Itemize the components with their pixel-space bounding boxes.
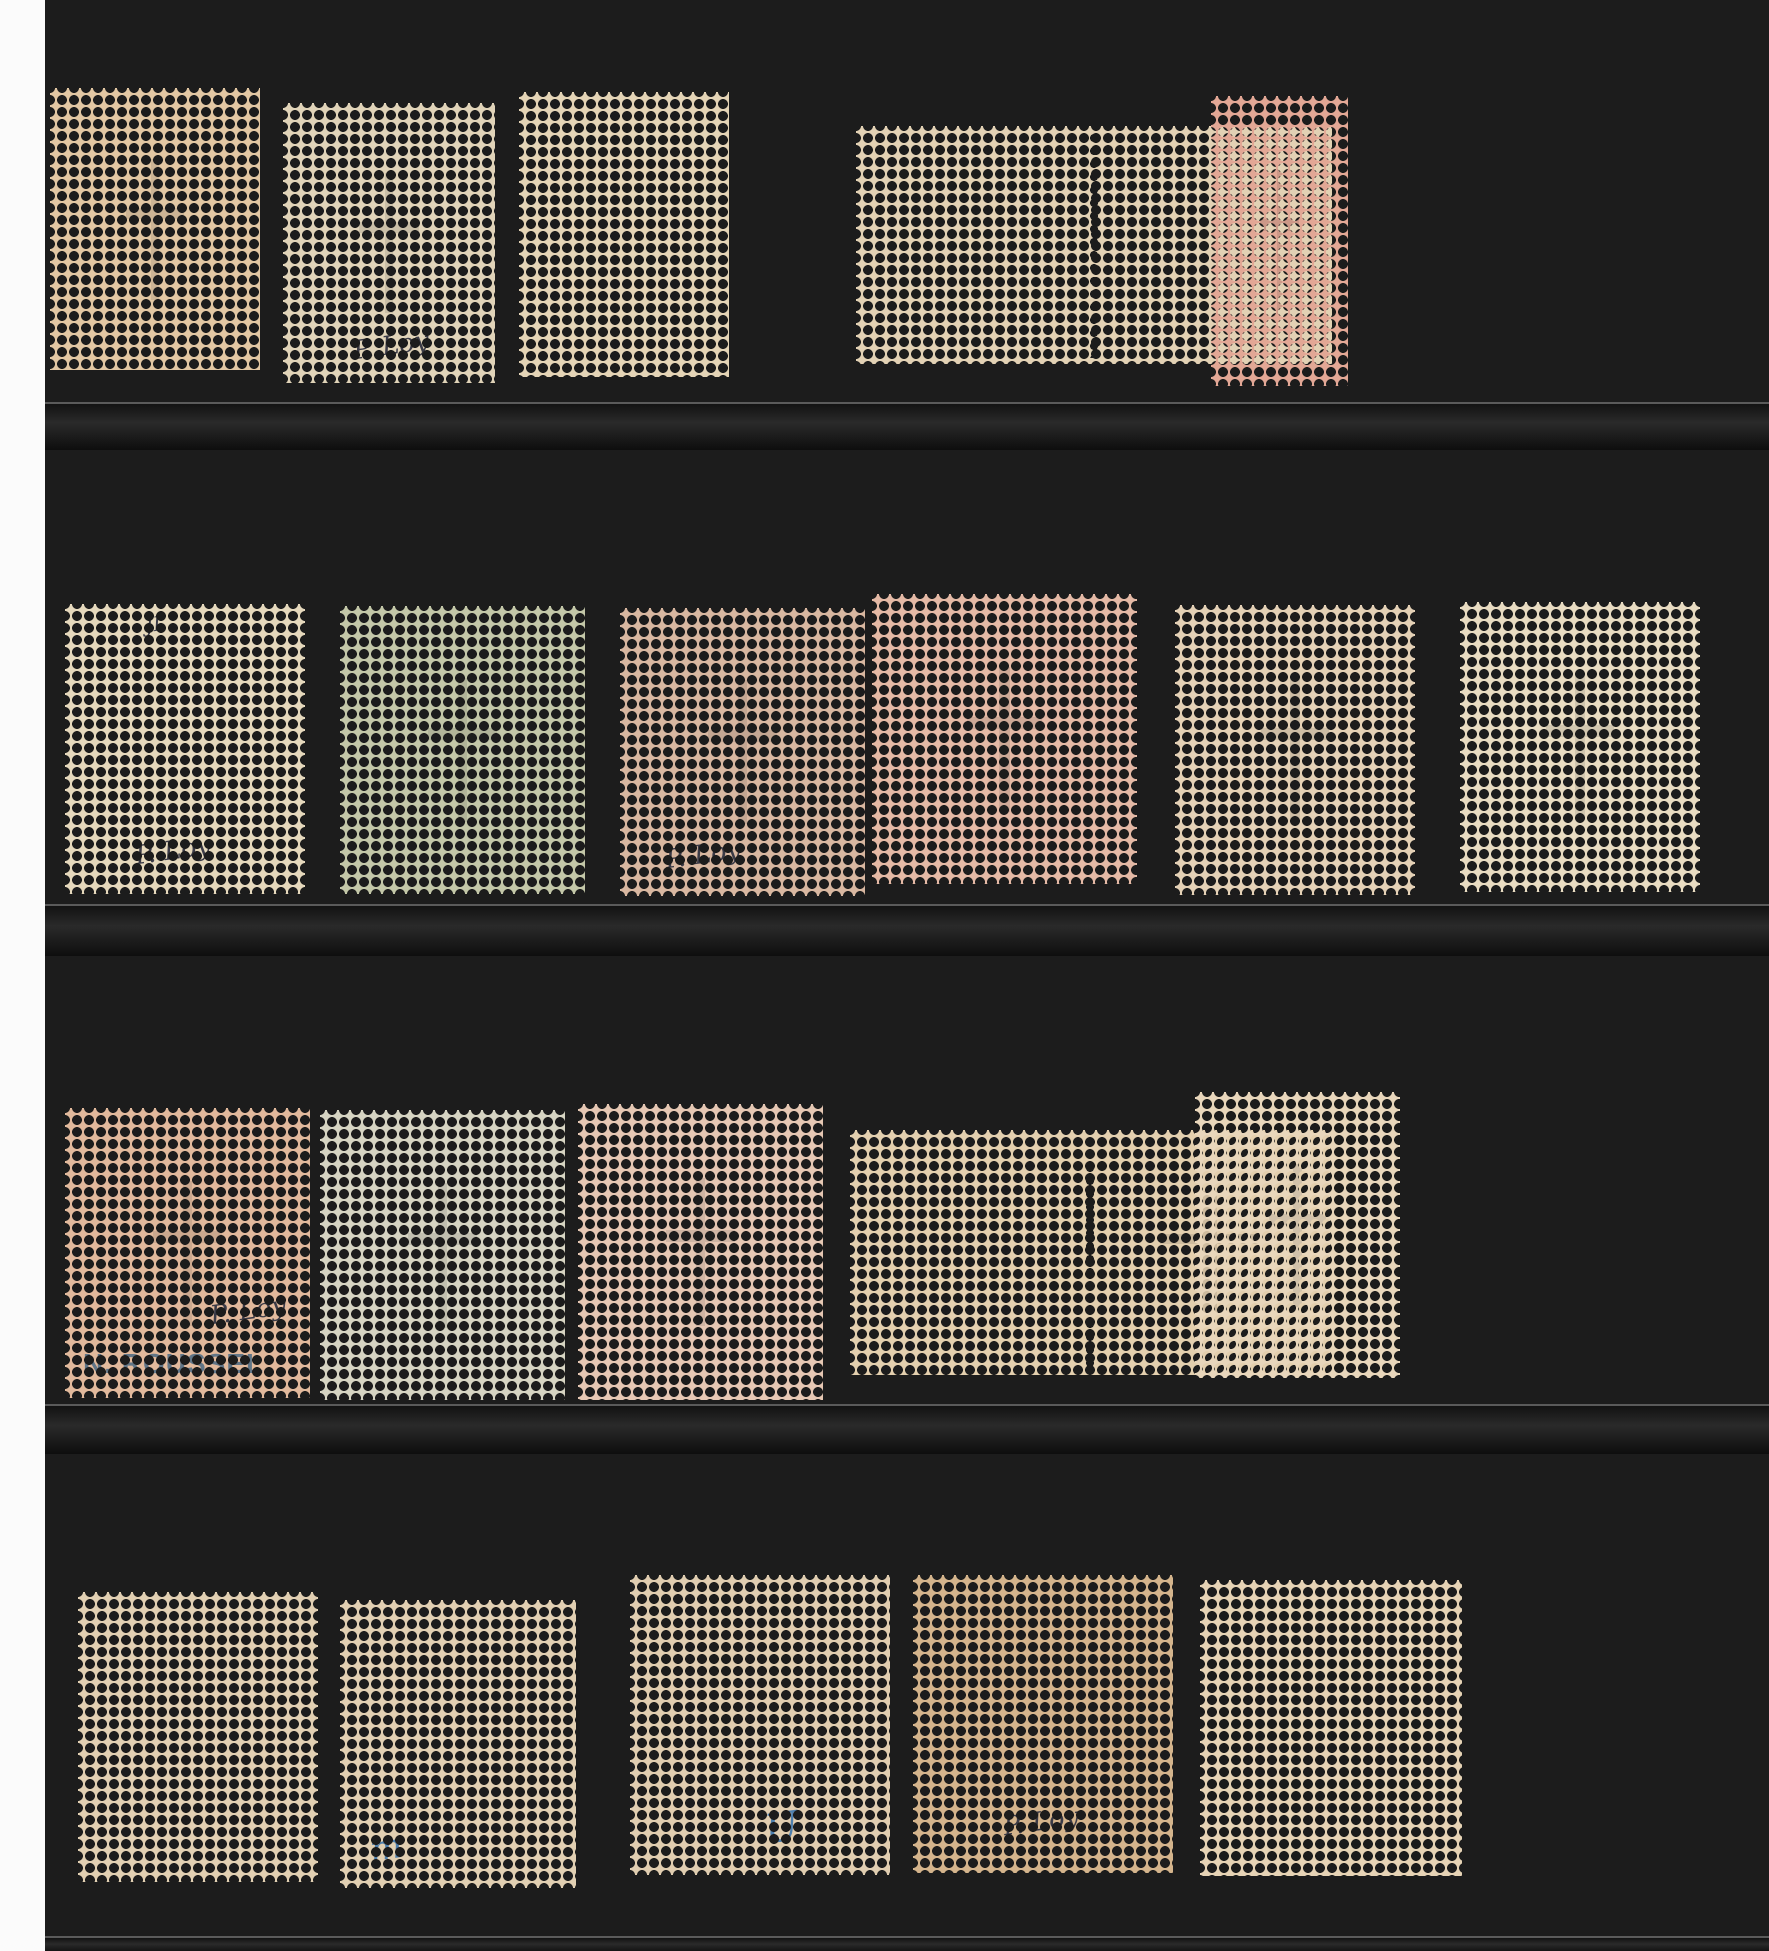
stamp-r1-1 [50,88,260,370]
signature: P. Loy [663,835,743,875]
stamp-r4-5 [1200,1580,1462,1876]
stamp-r3-5 [1195,1092,1400,1378]
stamp-r2-4 [872,594,1137,884]
stamp-r2-1: JL P. Loy [65,604,305,894]
perforation-divider [1089,132,1099,358]
perforation-divider [1085,1136,1095,1369]
stamp-r2-5 [1175,605,1415,895]
stock-strip-4 [45,1936,1769,1951]
stamp-r3-1: P. Loy N. ROUSSEL [65,1108,310,1398]
stock-strip-2 [45,904,1769,956]
stamp-r1-5 [1211,96,1348,386]
stock-strip-3 [45,1404,1769,1454]
stamp-r4-2: m [340,1600,576,1888]
stamp-r2-2 [340,606,585,894]
stamp-r3-2 [320,1110,565,1400]
stamp-r2-6 [1460,602,1700,892]
pencil-mark: U [762,1803,802,1853]
signature: P. Loy [133,831,213,871]
stock-strip-1 [45,402,1769,450]
stamp-r4-4: P. Loy [913,1575,1173,1873]
stamp-r3-3 [578,1104,823,1400]
stamp-r4-3: U [630,1575,890,1875]
stamp-r4-1 [78,1592,318,1882]
top-mark: JL [143,611,167,638]
stamp-r2-3: P. Loy [620,608,865,896]
signature: P. Loy [351,326,431,366]
pencil-mark: m [367,1826,405,1870]
expert-handstamp: N. ROUSSEL [83,1348,264,1380]
stamp-r1-2: P. Loy [283,103,495,383]
signature: P. Loy [1001,1802,1081,1842]
stamp-r1-3 [519,92,729,377]
